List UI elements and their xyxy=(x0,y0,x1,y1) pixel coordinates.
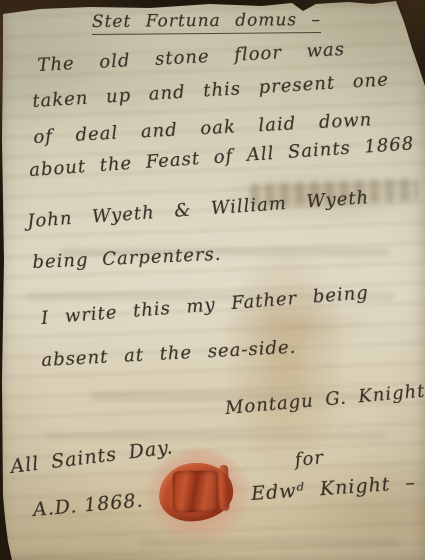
title-text: Stet Fortuna domus – xyxy=(92,10,321,35)
manuscript-paper: Stet Fortuna domus – The old stone floor… xyxy=(0,0,425,560)
manuscript-line-1: The old stone floor was xyxy=(37,39,346,76)
manuscript-line-6: being Carpenters. xyxy=(32,244,222,273)
signature-primary: Montagu G. Knight – xyxy=(224,379,425,419)
dateline-year: A.D. 1868. xyxy=(32,489,144,521)
manuscript-title: Stet Fortuna domus – xyxy=(92,10,321,32)
manuscript-line-8: absent at the sea-side. xyxy=(41,337,297,371)
signature-for-word: for xyxy=(294,447,325,471)
wax-seal-impression xyxy=(173,471,219,513)
photo-background: Stet Fortuna domus – The old stone floor… xyxy=(0,0,425,560)
manuscript-line-7: I write this my Father being xyxy=(40,282,369,329)
manuscript-line-5: John Wyeth & William Wyeth xyxy=(27,187,370,232)
signature-on-behalf-of: Edwᵈ Knight – xyxy=(250,472,416,505)
wax-seal-ridge xyxy=(219,465,230,511)
manuscript-line-2: taken up and this present one xyxy=(32,69,390,112)
dateline-day: All Saints Day. xyxy=(9,436,174,478)
show-through-line xyxy=(45,432,385,440)
